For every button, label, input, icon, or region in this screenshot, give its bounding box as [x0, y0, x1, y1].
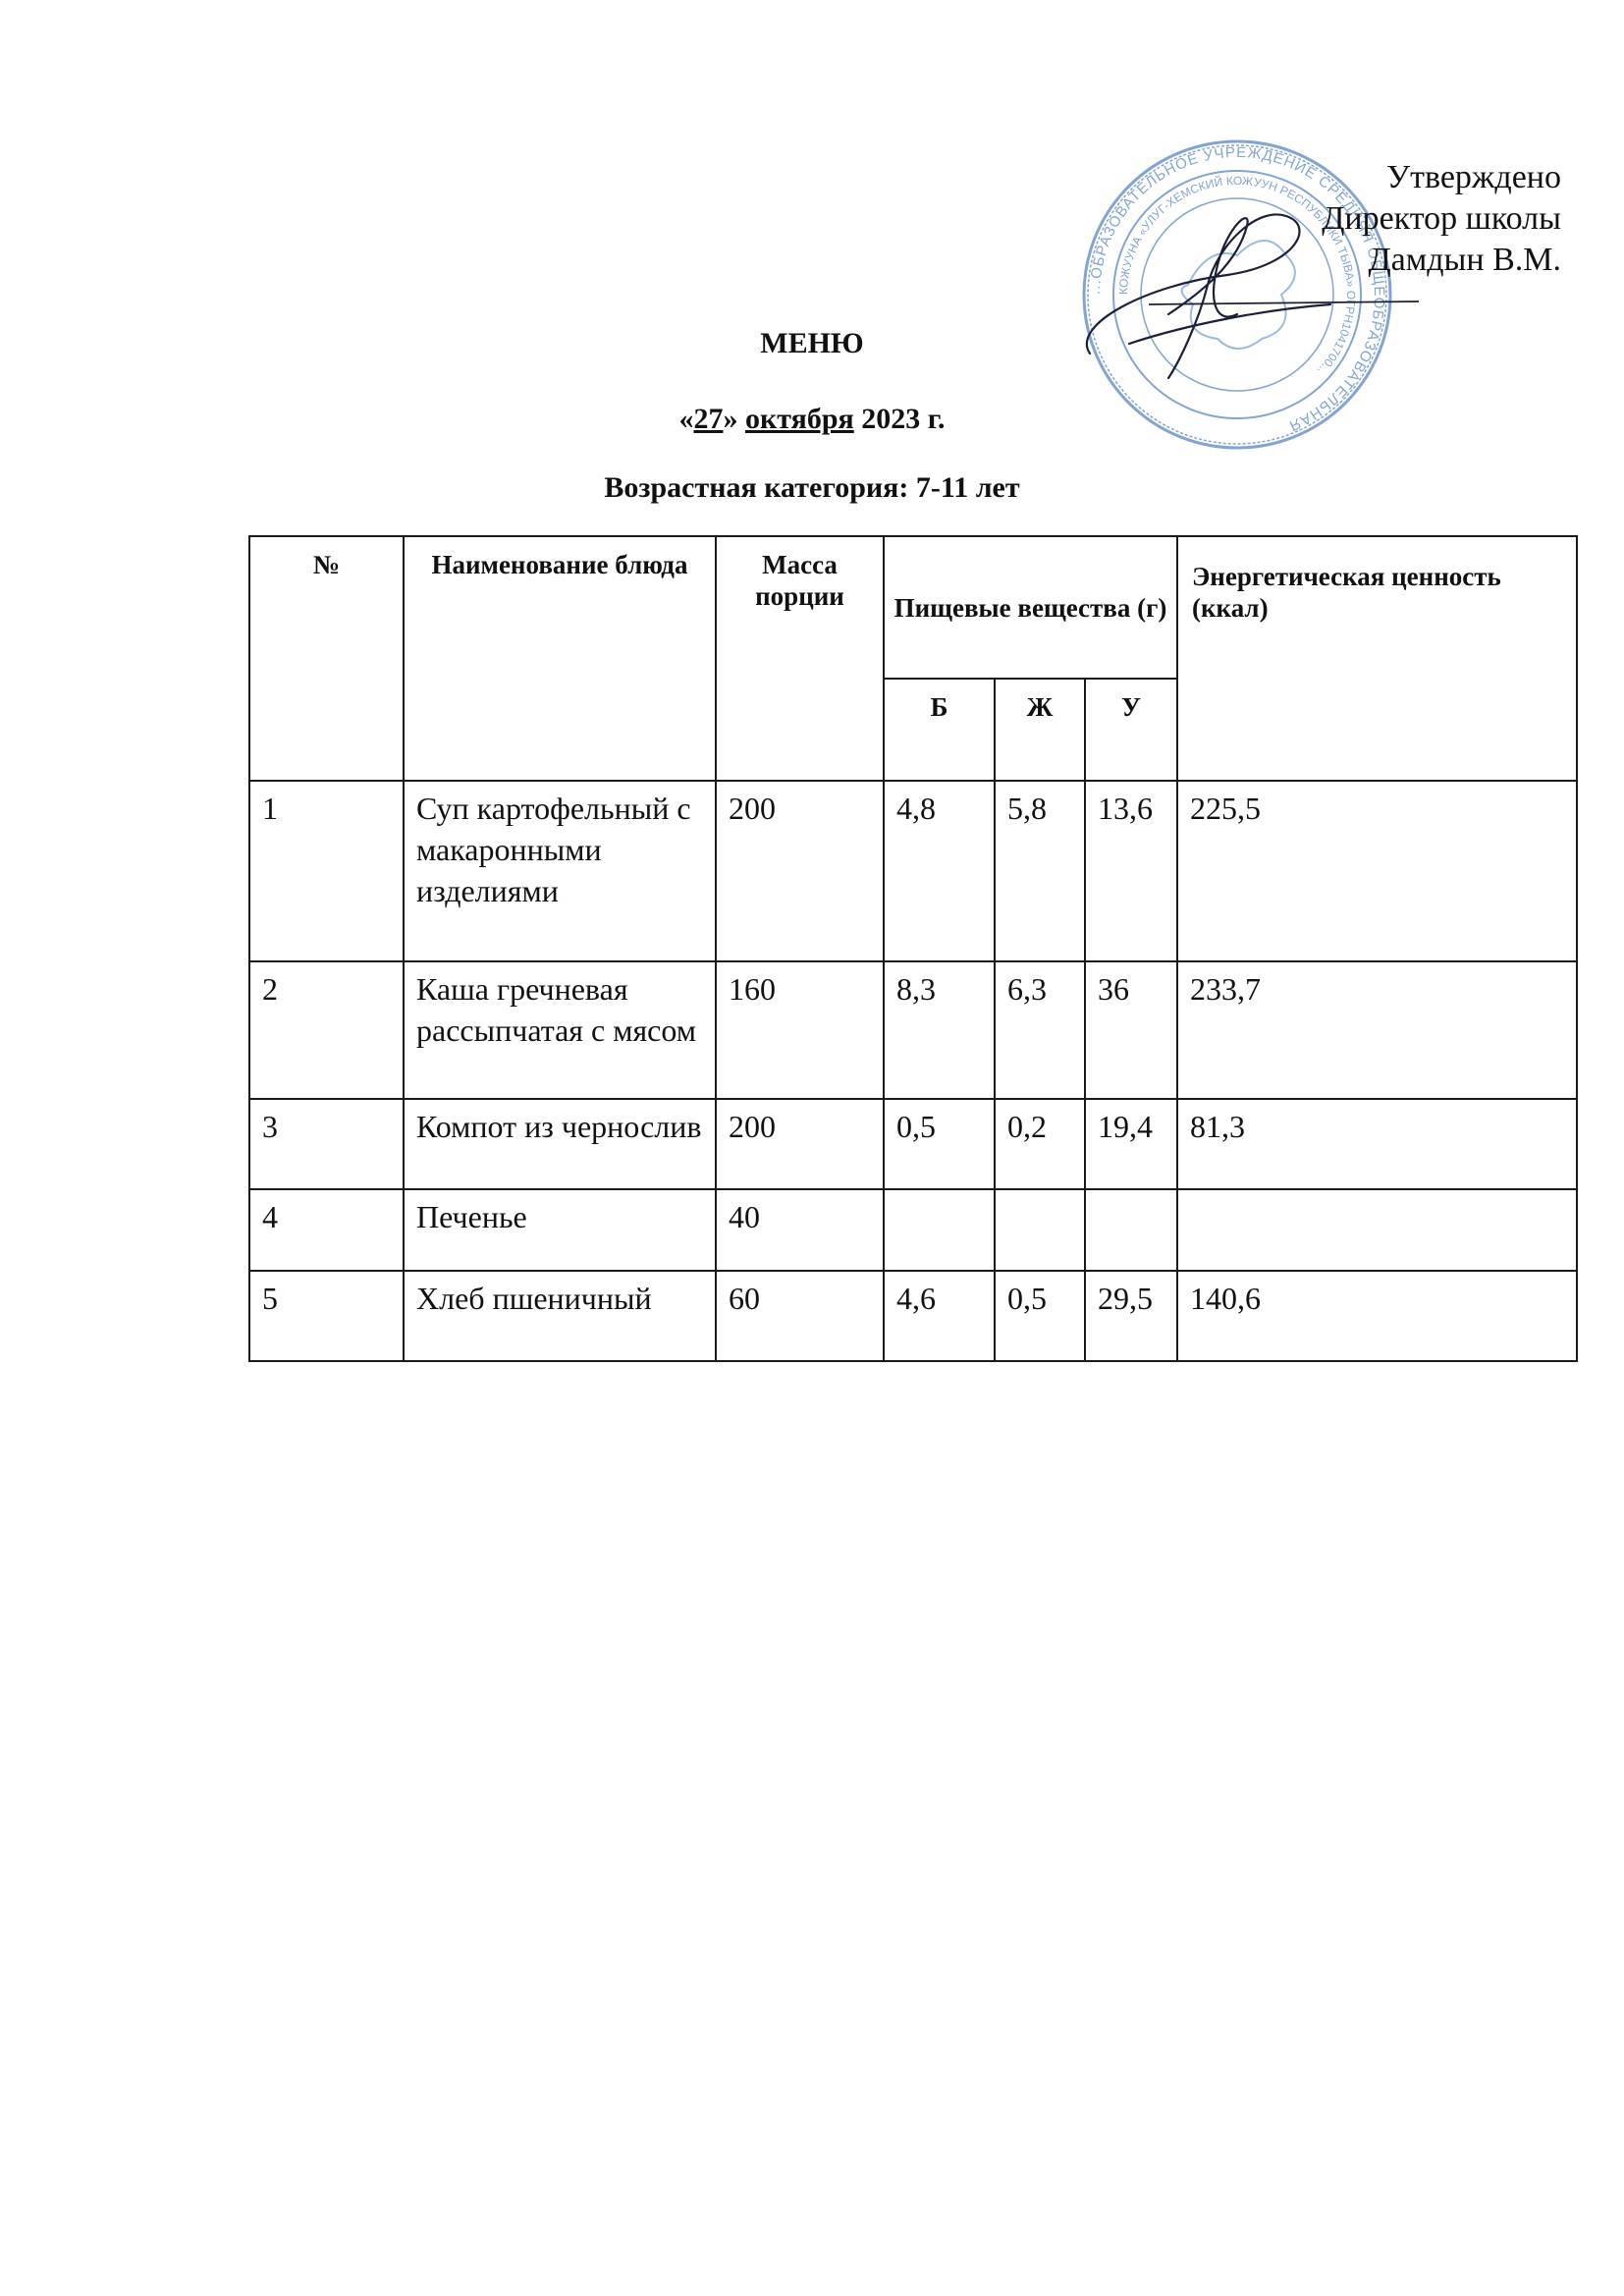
- cell-energy: 233,7: [1177, 961, 1577, 1099]
- cell-energy: [1177, 1189, 1577, 1271]
- menu-table: № Наименование блюда Масса порции Пищевы…: [248, 535, 1578, 1362]
- cell-carbs: 36: [1085, 961, 1177, 1099]
- date-day: 27: [693, 403, 723, 435]
- cell-mass: 160: [716, 961, 884, 1099]
- col-header-energy: Энергетическая ценность (ккал): [1177, 536, 1577, 781]
- cell-mass: 200: [716, 1099, 884, 1189]
- cell-fat: 6,3: [995, 961, 1085, 1099]
- cell-num: 3: [249, 1099, 404, 1189]
- cell-protein: 0,5: [884, 1099, 995, 1189]
- cell-protein: [884, 1189, 995, 1271]
- col-header-name: Наименование блюда: [404, 536, 716, 781]
- col-header-carbs: У: [1085, 679, 1177, 781]
- cell-mass: 200: [716, 781, 884, 961]
- cell-protein: 4,6: [884, 1271, 995, 1361]
- date-year: 2023 г.: [861, 403, 945, 435]
- col-header-nutrients: Пищевые вещества (г): [884, 536, 1177, 679]
- cell-name: Каша гречневая рассыпчатая с мясом: [404, 961, 716, 1099]
- cell-num: 2: [249, 961, 404, 1099]
- cell-energy: 225,5: [1177, 781, 1577, 961]
- table-row: 3 Компот из чернослив 200 0,5 0,2 19,4 8…: [249, 1099, 1577, 1189]
- cell-fat: 0,5: [995, 1271, 1085, 1361]
- cell-carbs: 19,4: [1085, 1099, 1177, 1189]
- cell-name: Компот из чернослив: [404, 1099, 716, 1189]
- cell-name: Хлеб пшеничный: [404, 1271, 716, 1361]
- cell-fat: 5,8: [995, 781, 1085, 961]
- date-month: октября: [745, 403, 854, 435]
- table-row: 5 Хлеб пшеничный 60 4,6 0,5 29,5 140,6: [249, 1271, 1577, 1361]
- date-quote-close: »: [723, 403, 737, 435]
- col-header-fat: Ж: [995, 679, 1085, 781]
- cell-fat: 0,2: [995, 1099, 1085, 1189]
- cell-num: 5: [249, 1271, 404, 1361]
- cell-carbs: 29,5: [1085, 1271, 1177, 1361]
- table-row: 4 Печенье 40: [249, 1189, 1577, 1271]
- cell-fat: [995, 1189, 1085, 1271]
- cell-carbs: [1085, 1189, 1177, 1271]
- col-header-protein: Б: [884, 679, 995, 781]
- table-header-row: № Наименование блюда Масса порции Пищевы…: [249, 536, 1577, 679]
- cell-mass: 40: [716, 1189, 884, 1271]
- cell-num: 1: [249, 781, 404, 961]
- cell-name: Суп картофельный с макаронными изделиями: [404, 781, 716, 961]
- cell-energy: 81,3: [1177, 1099, 1577, 1189]
- cell-protein: 8,3: [884, 961, 995, 1099]
- date-quote-open: «: [678, 403, 693, 435]
- approval-label: Утверждено: [1322, 157, 1561, 198]
- table-row: 1 Суп картофельный с макаронными изделия…: [249, 781, 1577, 961]
- col-header-mass: Масса порции: [716, 536, 884, 781]
- cell-name: Печенье: [404, 1189, 716, 1271]
- cell-mass: 60: [716, 1271, 884, 1361]
- director-signature: [1070, 206, 1483, 383]
- cell-carbs: 13,6: [1085, 781, 1177, 961]
- cell-protein: 4,8: [884, 781, 995, 961]
- cell-energy: 140,6: [1177, 1271, 1577, 1361]
- col-header-num: №: [249, 536, 404, 781]
- table-row: 2 Каша гречневая рассыпчатая с мясом 160…: [249, 961, 1577, 1099]
- cell-num: 4: [249, 1189, 404, 1271]
- age-category: Возрастная категория: 7-11 лет: [0, 471, 1624, 505]
